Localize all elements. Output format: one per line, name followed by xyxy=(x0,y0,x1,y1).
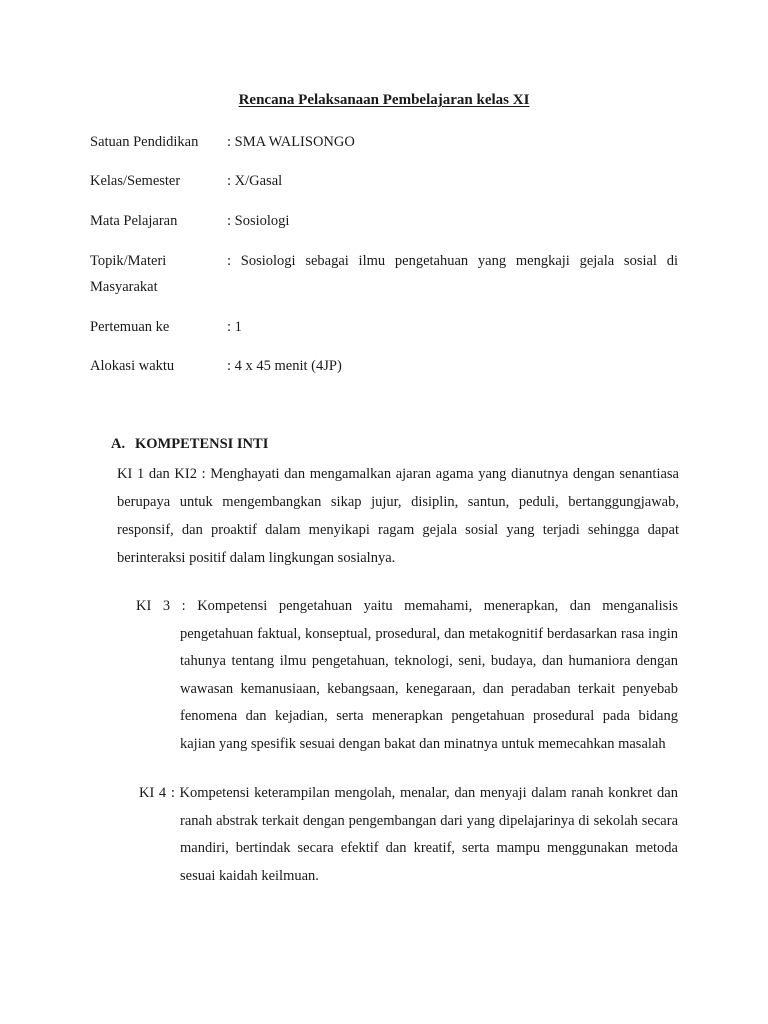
ki-4-body: ranah abstrak terkait dengan pengembanga… xyxy=(180,808,678,891)
ki-3-body: pengetahuan faktual, konseptual, prosedu… xyxy=(180,621,678,759)
identity-value: : X/Gasal xyxy=(227,168,282,194)
document-page: Rencana Pelaksanaan Pembelajaran kelas X… xyxy=(0,0,768,1024)
section-heading-kompetensi-inti: A.KOMPETENSI INTI xyxy=(111,436,268,453)
section-title: KOMPETENSI INTI xyxy=(135,436,268,452)
section-number: A. xyxy=(111,436,135,453)
identity-value: : 4 x 45 menit (4JP) xyxy=(227,353,342,379)
identity-label: Alokasi waktu xyxy=(90,353,174,379)
identity-value: : 1 xyxy=(227,314,242,340)
identity-value: : SMA WALISONGO xyxy=(227,129,355,155)
identity-label: Kelas/Semester xyxy=(90,168,180,194)
ki-3-first-line: KI 3 : Kompetensi pengetahuan yaitu mema… xyxy=(136,593,678,621)
identity-label: Topik/Materi xyxy=(90,248,166,274)
ki-1-2-paragraph: KI 1 dan KI2 : Menghayati dan mengamalka… xyxy=(117,460,679,572)
ki-4-first-line: KI 4 : Kompetensi keterampilan mengolah,… xyxy=(139,780,678,808)
identity-label: Satuan Pendidikan xyxy=(90,129,198,155)
ki-4-paragraph: KI 4 : Kompetensi keterampilan mengolah,… xyxy=(139,780,678,890)
identity-value: : Sosiologi sebagai ilmu pengetahuan yan… xyxy=(227,248,678,274)
identity-value: : Sosiologi xyxy=(227,208,289,234)
document-title-text: Rencana Pelaksanaan Pembelajaran kelas X… xyxy=(239,92,530,108)
identity-value-continuation: Masyarakat xyxy=(90,274,158,300)
ki-3-paragraph: KI 3 : Kompetensi pengetahuan yaitu mema… xyxy=(136,593,678,758)
identity-label: Mata Pelajaran xyxy=(90,208,177,234)
identity-label: Pertemuan ke xyxy=(90,314,169,340)
document-title: Rencana Pelaksanaan Pembelajaran kelas X… xyxy=(0,92,768,109)
